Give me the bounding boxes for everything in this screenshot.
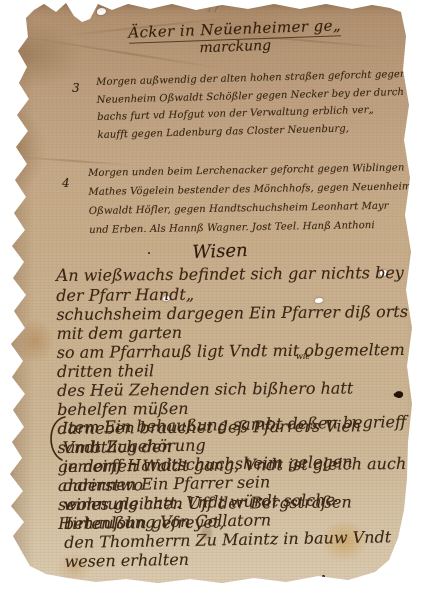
handwritten-line: wohnung hatt. Vndt würdt solche behaußun… (63, 489, 426, 533)
handwritten-line: bachs furt vd Hofgut von der Verwaltung … (97, 101, 408, 127)
paper-crease (230, 33, 390, 49)
title-line-1: Äcker in Neüenheimer ge„ (107, 16, 361, 43)
handwritten-line: Item Ein behaußung sambt deßen begrieff … (62, 412, 426, 457)
handwritten-line: seines gleichen Uff der Bergstraßen Hirt… (58, 492, 426, 533)
handwritten-line: so am Pfarrhauß ligt Vndt mit obgemeltem… (57, 340, 426, 381)
paper-hole (315, 298, 323, 303)
item-number: 4 (62, 176, 70, 190)
closing-paragraph: Item Ein behaußung sambt deßen begrieff … (62, 412, 426, 571)
handwritten-line: des Heü Zehenden sich bißhero hatt behel… (57, 378, 426, 419)
ink-speck (322, 575, 325, 578)
handwritten-line: Mathes Vögelein bestender des Mönchhofs,… (88, 177, 411, 202)
handwritten-line: darneben brauchet deß Pfarrers Vieh samb… (57, 416, 426, 457)
handwritten-line: in dorff Handtschuchsheim gelegen darinn… (63, 451, 426, 495)
handwritten-line: schuchsheim dargegen Ein Pfarrer diß ort… (56, 302, 426, 343)
interline-insertion: wie (296, 352, 310, 361)
paper-crease (14, 156, 134, 166)
faint-smudge (201, 527, 212, 540)
item-paraph-flourish (44, 414, 68, 464)
handwritten-line: den Thomherrn Zu Maintz in bauw Vndt wes… (64, 527, 426, 571)
meadows-paragraph: An wießwachs befindet sich gar nichts be… (56, 263, 426, 533)
document-title: Äcker in Neüenheimer ge„ marckung (107, 16, 362, 60)
paper-crease (21, 36, 229, 71)
handwritten-line: Morgen unden beim Lerchenacker geforcht … (88, 158, 411, 183)
handwritten-line: kaufft gegen Ladenburg das Closter Neuen… (97, 118, 408, 144)
ink-speck (335, 500, 337, 502)
paper-hole (380, 270, 387, 276)
handwritten-line: und Erben. Als Hannß Wagner. Jost Teel. … (89, 215, 412, 240)
paper-hole (163, 296, 170, 301)
ink-blot (394, 390, 404, 399)
handwritten-line: gemeinen Waidt gang, Vndt ist gleich auc… (58, 454, 426, 495)
section-heading-wisen: Wisen (150, 239, 291, 265)
handwritten-line: Oßwaldt Höfler, gegen Handtschuchsheim L… (89, 196, 412, 221)
item-text: Morgen unden beim Lerchenacker geforcht … (88, 158, 412, 240)
paper-crease (60, 17, 229, 37)
paper-texture (0, 0, 426, 594)
ink-speck (148, 252, 150, 254)
scan-background: 17 Äcker in Neüenheimer ge„ marckung 3 M… (0, 0, 426, 594)
manuscript-page: 17 Äcker in Neüenheimer ge„ marckung 3 M… (0, 0, 426, 594)
handwritten-line: Neuenheim Oßwaldt Schößler gegen Necker … (96, 83, 407, 109)
handwritten-line: Morgen außwendig der alten hohen straßen… (96, 66, 407, 92)
handwritten-line: An wießwachs befindet sich gar nichts be… (56, 263, 426, 305)
paper-hole (97, 8, 106, 15)
item-number: 3 (72, 81, 80, 95)
item-text: Morgen außwendig der alten hohen straßen… (96, 66, 408, 144)
page-number: 17 (205, 3, 219, 16)
title-line-2: marckung (108, 35, 362, 60)
